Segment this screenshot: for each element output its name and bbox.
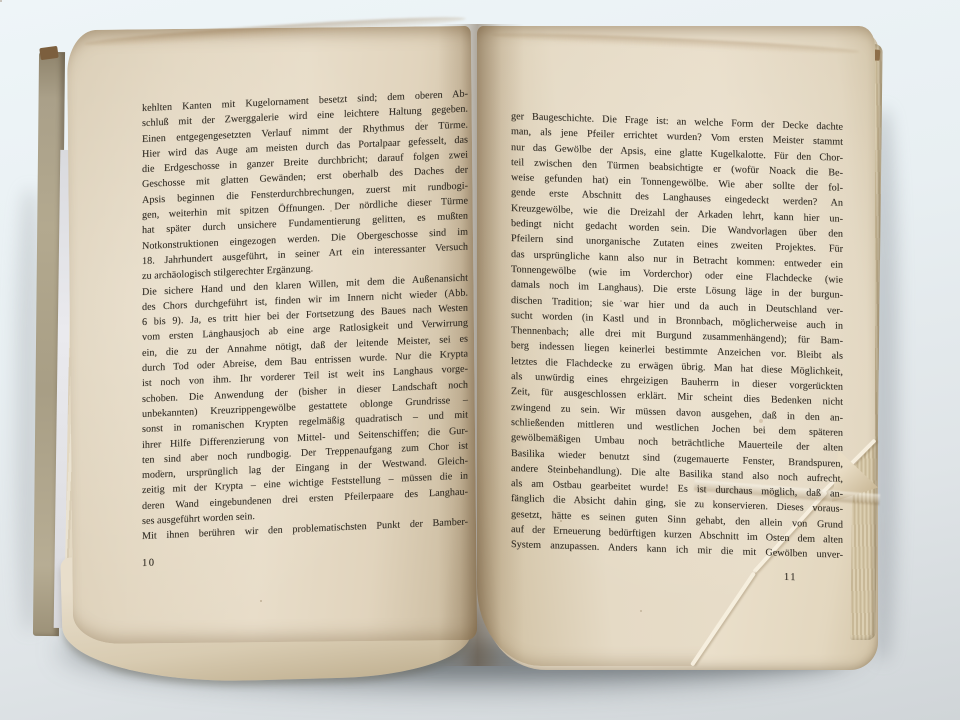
cover-wear-chip [39, 46, 58, 60]
paper-speckles [0, 0, 2, 2]
right-page-text: ger Baugeschichte. Die Frage ist: an wel… [511, 109, 843, 587]
right-page-lines: ger Baugeschichte. Die Frage ist: an wel… [511, 109, 843, 563]
photo-scene: kehlten Kanten mit Kugelornament besetzt… [0, 0, 960, 720]
left-page-lines: kehlten Kanten mit Kugelornament besetzt… [142, 86, 468, 544]
left-page-text: kehlten Kanten mit Kugelornament besetzt… [142, 86, 468, 570]
